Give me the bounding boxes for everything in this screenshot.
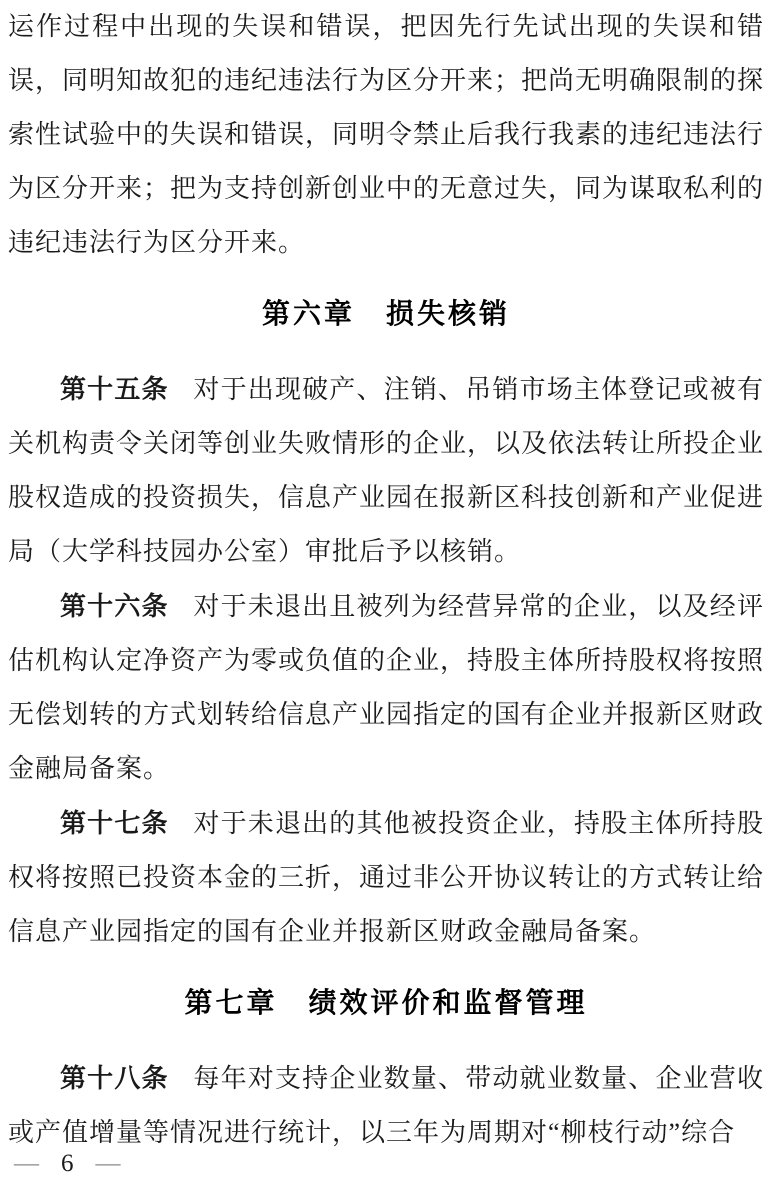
article-18-number: 第十八条 — [60, 1063, 193, 1093]
page-footer: — 6 — — [14, 1151, 121, 1176]
article-16-paragraph: 第十六条对于未退出且被列为经营异常的企业，以及经评估机构认定净资产为零或负值的企… — [8, 579, 764, 796]
article-18-paragraph: 第十八条每年对支持企业数量、带动就业数量、企业营收或产值增量等情况进行统计，以三… — [8, 1051, 764, 1160]
document-page: 运作过程中出现的失误和错误，把因先行先试出现的失误和错误，同明知故犯的违纪违法行… — [0, 0, 772, 1202]
chapter-6-heading: 第六章 损失核销 — [8, 294, 764, 334]
article-17-paragraph: 第十七条对于未退出的其他被投资企业，持股主体所持股权将按照已投资本金的三折，通过… — [8, 796, 764, 959]
article-15-number: 第十五条 — [60, 374, 193, 404]
article-15-paragraph: 第十五条对于出现破产、注销、吊销市场主体登记或被有关机构责令关闭等创业失败情形的… — [8, 362, 764, 579]
page-number: 6 — [61, 1151, 74, 1176]
article-16-number: 第十六条 — [60, 591, 193, 621]
chapter-7-heading: 第七章 绩效评价和监督管理 — [8, 983, 764, 1023]
article-17-number: 第十七条 — [60, 808, 193, 838]
continuation-paragraph: 运作过程中出现的失误和错误，把因先行先试出现的失误和错误，同明知故犯的违纪违法行… — [8, 0, 764, 270]
footer-left-dash: — — [14, 1151, 39, 1176]
footer-right-dash: — — [96, 1151, 121, 1176]
